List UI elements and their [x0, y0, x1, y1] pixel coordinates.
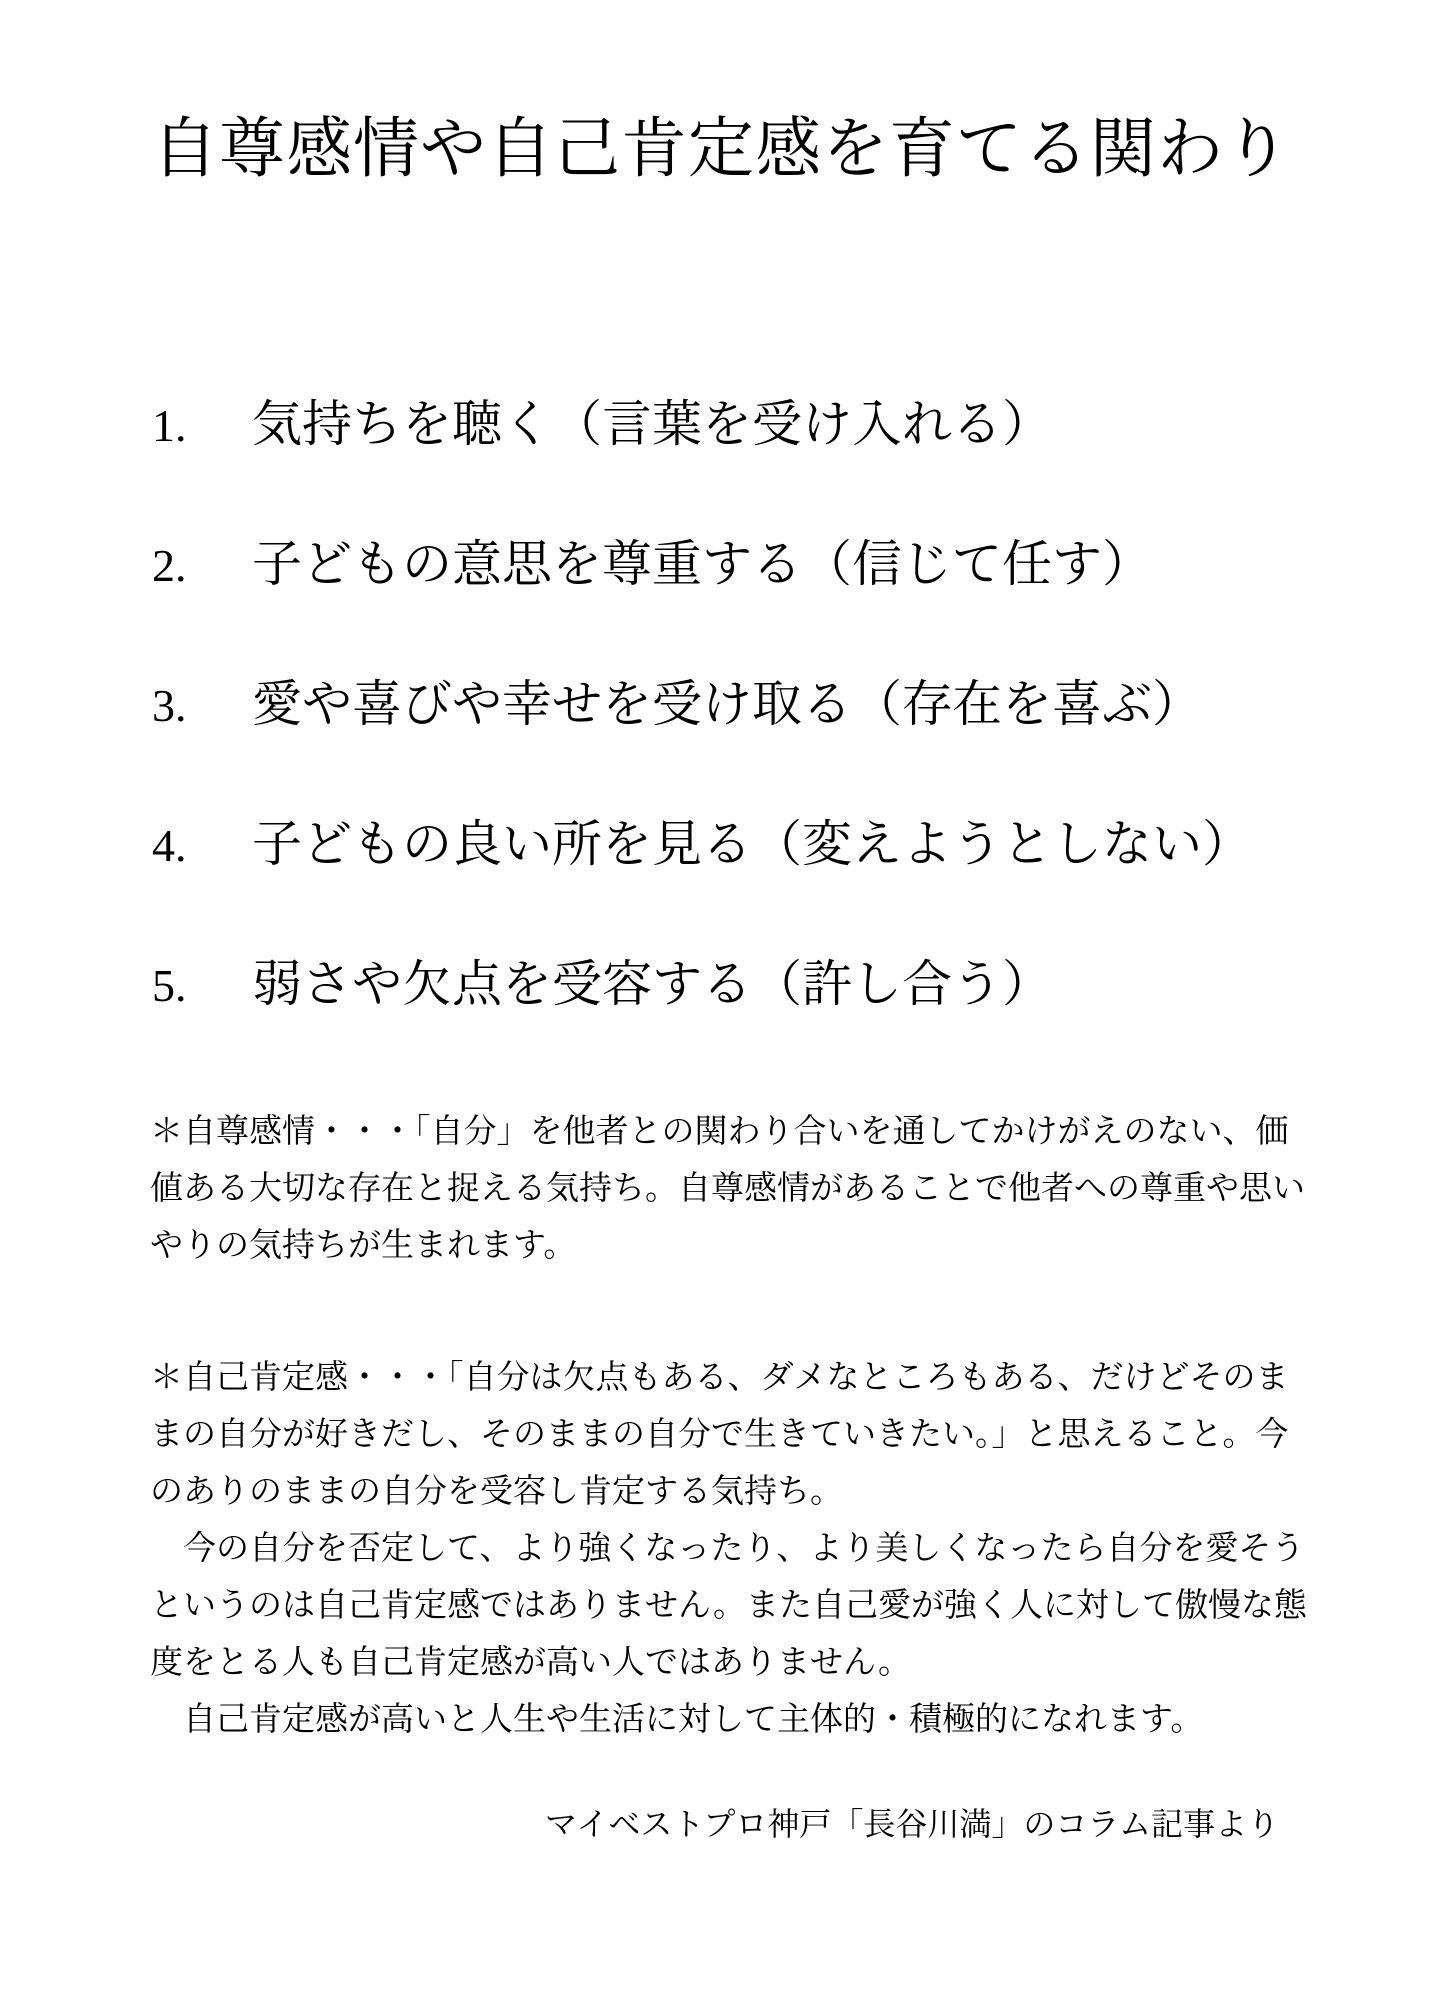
notes-section: ＊自尊感情・・・「自分」を他者との関わり合いを通してかけがえのない、価 値ある大… [150, 1104, 1312, 1749]
list-item: 5. 弱さや欠点を受容する（許し合う） [152, 959, 1437, 1009]
list-item-text: 弱さや欠点を受容する（許し合う） [252, 959, 1052, 1009]
list-item-number: 1. [152, 403, 252, 449]
note-line: ＊自尊感情・・・「自分」を他者との関わり合いを通してかけがえのない、価 [150, 1104, 1312, 1161]
note-line: 値ある大切な存在と捉える気持ち。自尊感情があることで他者への尊重や思い [150, 1161, 1312, 1218]
list-item-number: 5. [152, 963, 252, 1009]
note-line: やりの気持ちが生まれます。 [150, 1218, 1312, 1275]
document-page: 自尊感情や自己肯定感を育てる関わり 1. 気持ちを聴く（言葉を受け入れる） 2.… [0, 0, 1437, 2000]
note-line: 自己肯定感が高いと人生や生活に対して主体的・積極的になれます。 [150, 1692, 1312, 1749]
note-self-esteem: ＊自尊感情・・・「自分」を他者との関わり合いを通してかけがえのない、価 値ある大… [150, 1104, 1312, 1275]
list-item-text: 気持ちを聴く（言葉を受け入れる） [252, 399, 1052, 449]
note-line: ＊自己肯定感・・・「自分は欠点もある、ダメなところもある、だけどそのま [150, 1350, 1312, 1407]
list-item-number: 3. [152, 683, 252, 729]
list-item: 2. 子どもの意思を尊重する（信じて任す） [152, 539, 1437, 589]
note-line: 度をとる人も自己肯定感が高い人ではありません。 [150, 1635, 1312, 1692]
note-line: 今の自分を否定して、より強くなったり、より美しくなったら自分を愛そう [150, 1521, 1312, 1578]
note-line: というのは自己肯定感ではありません。また自己愛が強く人に対して傲慢な態 [150, 1578, 1312, 1635]
list-item: 4. 子どもの良い所を見る（変えようとしない） [152, 819, 1437, 869]
source-attribution: マイベストプロ神戸「長谷川満」のコラム記事より [545, 1804, 1437, 1846]
list-item-text: 子どもの良い所を見る（変えようとしない） [252, 819, 1252, 869]
list-item: 3. 愛や喜びや幸せを受け取る（存在を喜ぶ） [152, 679, 1437, 729]
list-item: 1. 気持ちを聴く（言葉を受け入れる） [152, 399, 1437, 449]
list-item-text: 子どもの意思を尊重する（信じて任す） [252, 539, 1152, 589]
list-item-text: 愛や喜びや幸せを受け取る（存在を喜ぶ） [252, 679, 1202, 729]
numbered-list: 1. 気持ちを聴く（言葉を受け入れる） 2. 子どもの意思を尊重する（信じて任す… [152, 399, 1437, 1009]
note-line: のありのままの自分を受容し肯定する気持ち。 [150, 1464, 1312, 1521]
page-title: 自尊感情や自己肯定感を育てる関わり [152, 100, 1437, 199]
list-item-number: 4. [152, 823, 252, 869]
note-self-affirmation: ＊自己肯定感・・・「自分は欠点もある、ダメなところもある、だけどそのま まの自分… [150, 1350, 1312, 1749]
list-item-number: 2. [152, 543, 252, 589]
note-line: まの自分が好きだし、そのままの自分で生きていきたい。」と思えること。今 [150, 1407, 1312, 1464]
